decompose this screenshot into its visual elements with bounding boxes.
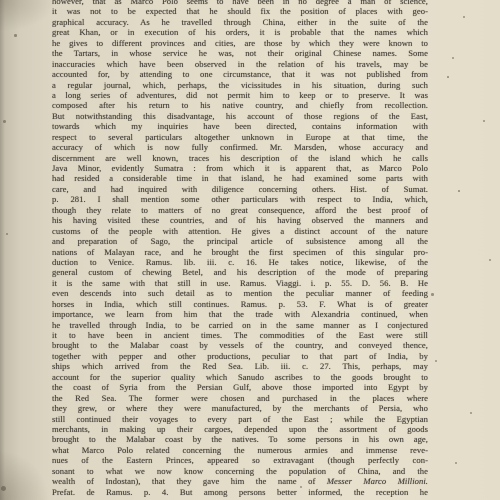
- text-line: a regular journal, which, perhaps, the v…: [52, 80, 428, 90]
- text-line: still continued their voyages to every p…: [52, 414, 428, 424]
- paper-speck: [463, 16, 465, 18]
- paper-speck: [455, 462, 457, 464]
- paper-speck: [431, 293, 434, 296]
- text-line: what Marco Polo related concerning the n…: [52, 445, 428, 455]
- text-line: customs of the people with attention. He…: [52, 226, 428, 236]
- text-line: Prefat. de Ramus. p. 4. But among person…: [52, 487, 428, 497]
- text-line: wealth of Indostan), that they gave him …: [52, 476, 428, 486]
- paper-speck: [435, 360, 437, 362]
- text-line: discernment are well known, traces his d…: [52, 153, 428, 163]
- text-line: Java Minor, evidently Sumatra : from whi…: [52, 163, 428, 173]
- book-page: however, that as Marco Polo seems to hav…: [0, 0, 500, 500]
- paper-speck: [489, 259, 491, 261]
- text-line: accuracy of which is now fully confirmed…: [52, 142, 428, 152]
- text-line: horses in India, which still continues. …: [52, 299, 428, 309]
- paper-speck: [3, 120, 6, 123]
- text-line: he gives to different provinces and citi…: [52, 38, 428, 48]
- paper-speck: [14, 34, 17, 37]
- paper-speck: [300, 486, 302, 488]
- text-line: inaccuracies which have been observed in…: [52, 59, 428, 69]
- text-line: composed after his return to his native …: [52, 100, 428, 110]
- text-line: importance, we learn from him that the t…: [52, 309, 428, 319]
- text-line: nues of the Eastern Princes, appeared so…: [52, 455, 428, 465]
- text-line: account for the superior quality which S…: [52, 372, 428, 382]
- paper-speck: [6, 233, 8, 235]
- text-line: nations of Malayan race, and he brought …: [52, 247, 428, 257]
- text-line: it is the same with that still in use. R…: [52, 278, 428, 288]
- paper-speck: [452, 57, 454, 59]
- text-line: care, and had inquired with diligence co…: [52, 184, 428, 194]
- paper-speck: [470, 412, 472, 414]
- text-line: general custom of chewing Betel, and his…: [52, 267, 428, 277]
- text-line: great Khan, or in execution of his order…: [52, 27, 428, 37]
- text-line: the Tartars, in whose service he was, no…: [52, 48, 428, 58]
- paper-speck: [458, 190, 460, 192]
- text-line: together with pepper and other productio…: [52, 351, 428, 361]
- text-line: accounted for, by attending to one circu…: [52, 69, 428, 79]
- text-line: sonant to what we now know concerning th…: [52, 466, 428, 476]
- paper-speck: [1, 486, 6, 491]
- text-line: and preparation of Sago, the principal a…: [52, 236, 428, 246]
- text-line: even descends into such detail as to men…: [52, 288, 428, 298]
- text-line: they grew, or where they were manufactur…: [52, 403, 428, 413]
- text-line: it was not to be expected that he should…: [52, 6, 428, 16]
- text-line: p. 281. I shall mention some other parti…: [52, 194, 428, 204]
- text-line: ships which arrived from the Red Sea. Li…: [52, 361, 428, 371]
- text-line: he travelled through India, to be carrie…: [52, 320, 428, 330]
- text-line: though they relate to matters of no grea…: [52, 205, 428, 215]
- paper-speck: [483, 120, 485, 122]
- text-line: a long series of adventures, did not per…: [52, 90, 428, 100]
- text-line: respect to several particulars altogethe…: [52, 132, 428, 142]
- page-text: however, that as Marco Polo seems to hav…: [52, 0, 428, 497]
- text-line: had resided a considerable time in that …: [52, 173, 428, 183]
- text-line: the coast of Syria from the Persian Gulf…: [52, 382, 428, 392]
- text-line: towards which my inquiries have been dir…: [52, 121, 428, 131]
- paper-speck: [447, 76, 449, 78]
- text-line: But notwithstanding this disadvantage, h…: [52, 111, 428, 121]
- text-line: the Red Sea. The former were chosen and …: [52, 393, 428, 403]
- text-line: graphical accuracy. As he travelled thro…: [52, 17, 428, 27]
- italic-phrase: Messer Marco Millioni.: [327, 476, 428, 486]
- text-line: his having visited these countries, and …: [52, 215, 428, 225]
- text-line: merchants, in making up their cargoes, d…: [52, 424, 428, 434]
- text-line: it to have been in ancient times. The co…: [52, 330, 428, 340]
- text-line: duction to Venice. Ramus. lib. iii. c. 1…: [52, 257, 428, 267]
- text-line: brought to the Malabar coast by the nati…: [52, 434, 428, 444]
- text-line: brought to the Malabar coast by vessels …: [52, 340, 428, 350]
